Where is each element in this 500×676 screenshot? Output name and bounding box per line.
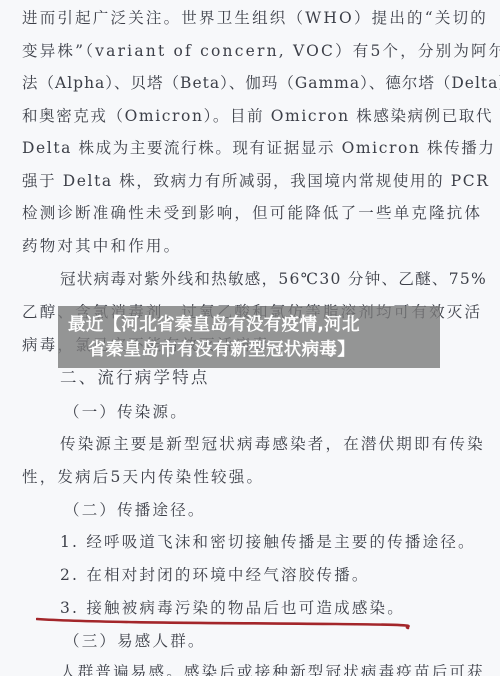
text-line: 药物对其中和作用。 [22,236,181,256]
text-line: 强于 Delta 株，致病力有所减弱，我国境内常规使用的 PCR [22,171,489,191]
text-line: 变异株”（variant of concern, VOC）有5个，分别为阿尔 [22,41,500,61]
subsection-heading: （二）传播途径。 [64,500,206,520]
subsection-heading: （一）传染源。 [64,402,188,422]
list-item: 1. 经呼吸道飞沫和密切接触传播是主要的传播途径。 [60,532,476,552]
text-line: 冠状病毒对紫外线和热敏感，56℃30 分钟、乙醚、75% [60,269,487,289]
list-item: 2. 在相对封闭的环境中经气溶胶传播。 [60,565,370,585]
subsection-heading: （三）易感人群。 [64,631,206,651]
overlay-title-line-2: 省秦皇岛市有没有新型冠状病毒】 [88,338,470,362]
section-heading: 二、流行病学特点 [60,368,210,388]
text-line: 传染源主要是新型冠状病毒感染者，在潜伏期即有传染 [60,434,485,454]
text-line: 性，发病后5天内传染性较强。 [22,467,264,487]
text-line: Delta 株成为主要流行株。现有证据显示 Omicron 株传播力 [22,138,495,158]
text-line: 和奥密克戎（Omicron）。目前 Omicron 株感染病例已取代 [22,106,493,126]
title-overlay-banner: 最近【河北省秦皇岛有没有疫情,河北 省秦皇岛市有没有新型冠状病毒】 [58,306,440,368]
text-line: 进而引起广泛关注。世界卫生组织（WHO）提出的“关切的 [22,8,488,28]
text-line: 检测诊断准确性未受到影响，但可能降低了一些单克隆抗体 [22,203,482,223]
document-photo: 进而引起广泛关注。世界卫生组织（WHO）提出的“关切的 变异株”（variant… [0,0,500,676]
overlay-title-line-1: 最近【河北省秦皇岛有没有疫情,河北 [68,313,450,337]
text-line: 法（Alpha）、贝塔（Beta）、伽玛（Gamma）、德尔塔（Delta） [22,73,500,93]
red-underline-mark [36,616,410,630]
text-line: 人群普遍易感。感染后或接种新型冠状病毒疫苗后可获 [60,662,485,676]
list-item: 3. 接触被病毒污染的物品后也可造成感染。 [60,598,405,618]
